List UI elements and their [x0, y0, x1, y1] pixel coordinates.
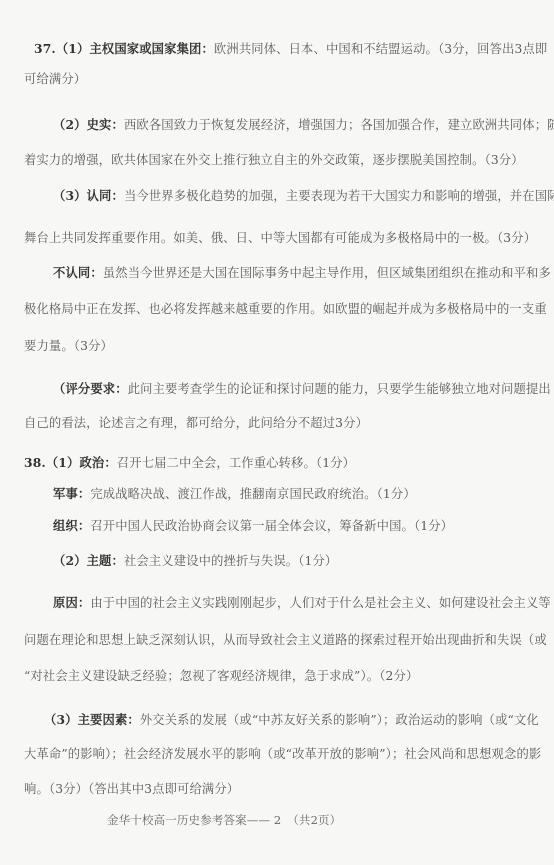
answer-line: 军事：完成战略决战、渡江作战，推翻南京国民政府统治。（1分）: [53, 486, 416, 502]
answer-text: 响。（3分）（答出其中3点即可给满分）: [24, 782, 239, 796]
answer-label: 不认同：: [53, 265, 103, 280]
answer-text: 外交关系的发展（或“中苏友好关系的影响”）；政治运动的影响（或“文化: [140, 713, 539, 727]
answer-line: （3）认同：当今世界多极化趋势的加强，主要表现为若干大国实力和影响的增强，并在国…: [53, 188, 554, 204]
answer-label: （2）史实：: [53, 117, 124, 132]
answer-line: 原因：由于中国的社会主义实践刚刚起步，人们对于什么是社会主义、如何建设社会主义等: [53, 595, 551, 611]
answer-line: 不认同：虽然当今世界还是大国在国际事务中起主导作用，但区域集团组织在推动和平和多: [53, 265, 551, 281]
answer-line: （2）史实：西欧各国致力于恢复发展经济，增强国力；各国加强合作，建立欧洲共同体；…: [53, 117, 554, 133]
answer-label: 原因：: [53, 595, 90, 610]
answer-text: 召开七届二中全会，工作重心转移。（1分）: [117, 456, 355, 470]
answer-line: 大革命”的影响）；社会经济发展水平的影响（或“改革开放的影响”）；社会风尚和思想…: [24, 746, 541, 762]
answer-text: 社会主义建设中的挫折与失误。（1分）: [124, 554, 337, 568]
page-footer: 金华十校高一历史参考答案—— 2 （共2页）: [107, 812, 341, 828]
answer-label: （评分要求：: [53, 381, 128, 396]
answer-key-page: 37.（1）主权国家或国家集团：欧洲共同体、日本、中国和不结盟运动。（3分，回答…: [0, 0, 554, 865]
answer-text: 问题在理论和思想上缺乏深刻认识，从而导致社会主义道路的探索过程开始出现曲折和失误…: [24, 633, 547, 647]
answer-text: 要力量。（3分）: [24, 339, 113, 353]
answer-label: （2）主题：: [53, 553, 124, 568]
answer-line: （评分要求：此问主要考查学生的论证和探讨问题的能力，只要学生能够独立地对问题提出: [53, 381, 551, 397]
answer-line: 舞台上共同发挥重要作用。如美、俄、日、中等大国都有可能成为多极格局中的一极。（3…: [24, 230, 536, 246]
answer-text: 虽然当今世界还是大国在国际事务中起主导作用，但区域集团组织在推动和平和多: [103, 266, 551, 280]
answer-text: 召开中国人民政治协商会议第一届全体会议，筹备新中国。（1分）: [90, 519, 453, 533]
answer-line: 极化格局中正在发挥、也必将发挥越来越重要的作用。如欧盟的崛起并成为多极格局中的一…: [24, 301, 547, 317]
answer-text: 着实力的增强，欧共体国家在外交上推行独立自主的外交政策，逐步摆脱美国控制。（3分…: [24, 153, 524, 167]
answer-text: 可给满分）: [24, 72, 86, 86]
answer-label: （3）主要因素：: [44, 712, 140, 727]
answer-line: （2）主题：社会主义建设中的挫折与失误。（1分）: [53, 553, 337, 569]
answer-label: 组织：: [53, 518, 90, 533]
answer-line: 38.（1）政治：召开七届二中全会，工作重心转移。（1分）: [24, 455, 355, 471]
answer-text: 欧洲共同体、日本、中国和不结盟运动。（3分，回答出3点即: [214, 42, 547, 56]
answer-line: 自己的看法，论述言之有理，都可给分，此问给分不超过3分）: [24, 415, 368, 431]
answer-text: 舞台上共同发挥重要作用。如美、俄、日、中等大国都有可能成为多极格局中的一极。（3…: [24, 231, 536, 245]
answer-text: 当今世界多极化趋势的加强，主要表现为若干大国实力和影响的增强，并在国际: [124, 189, 554, 203]
answer-line: 要力量。（3分）: [24, 338, 113, 354]
answer-text: 此问主要考查学生的论证和探讨问题的能力，只要学生能够独立地对问题提出: [128, 382, 551, 396]
answer-text: 极化格局中正在发挥、也必将发挥越来越重要的作用。如欧盟的崛起并成为多极格局中的一…: [24, 302, 547, 316]
answer-text: 西欧各国致力于恢复发展经济，增强国力；各国加强合作，建立欧洲共同体；随: [124, 118, 554, 132]
answer-label: 37.（1）主权国家或国家集团：: [34, 41, 214, 56]
answer-label: 军事：: [53, 486, 90, 501]
answer-line: 组织：召开中国人民政治协商会议第一届全体会议，筹备新中国。（1分）: [53, 518, 453, 534]
answer-line: 响。（3分）（答出其中3点即可给满分）: [24, 781, 239, 797]
answer-text: 大革命”的影响）；社会经济发展水平的影响（或“改革开放的影响”）；社会风尚和思想…: [24, 747, 541, 761]
answer-line: 着实力的增强，欧共体国家在外交上推行独立自主的外交政策，逐步摆脱美国控制。（3分…: [24, 152, 524, 168]
answer-label: 38.（1）政治：: [24, 455, 117, 470]
answer-line: 问题在理论和思想上缺乏深刻认识，从而导致社会主义道路的探索过程开始出现曲折和失误…: [24, 632, 547, 648]
answer-text: 自己的看法，论述言之有理，都可给分，此问给分不超过3分）: [24, 416, 368, 430]
answer-line: “对社会主义建设缺乏经验；忽视了客观经济规律，急于求成”）。（2分）: [24, 668, 418, 684]
answer-line: 37.（1）主权国家或国家集团：欧洲共同体、日本、中国和不结盟运动。（3分，回答…: [34, 41, 547, 57]
answer-text: “对社会主义建设缺乏经验；忽视了客观经济规律，急于求成”）。（2分）: [24, 669, 418, 683]
answer-text: 由于中国的社会主义实践刚刚起步，人们对于什么是社会主义、如何建设社会主义等: [90, 596, 551, 610]
answer-line: 可给满分）: [24, 71, 86, 87]
answer-label: （3）认同：: [53, 188, 124, 203]
answer-line: （3）主要因素：外交关系的发展（或“中苏友好关系的影响”）；政治运动的影响（或“…: [44, 712, 539, 728]
answer-text: 完成战略决战、渡江作战，推翻南京国民政府统治。（1分）: [90, 487, 415, 501]
